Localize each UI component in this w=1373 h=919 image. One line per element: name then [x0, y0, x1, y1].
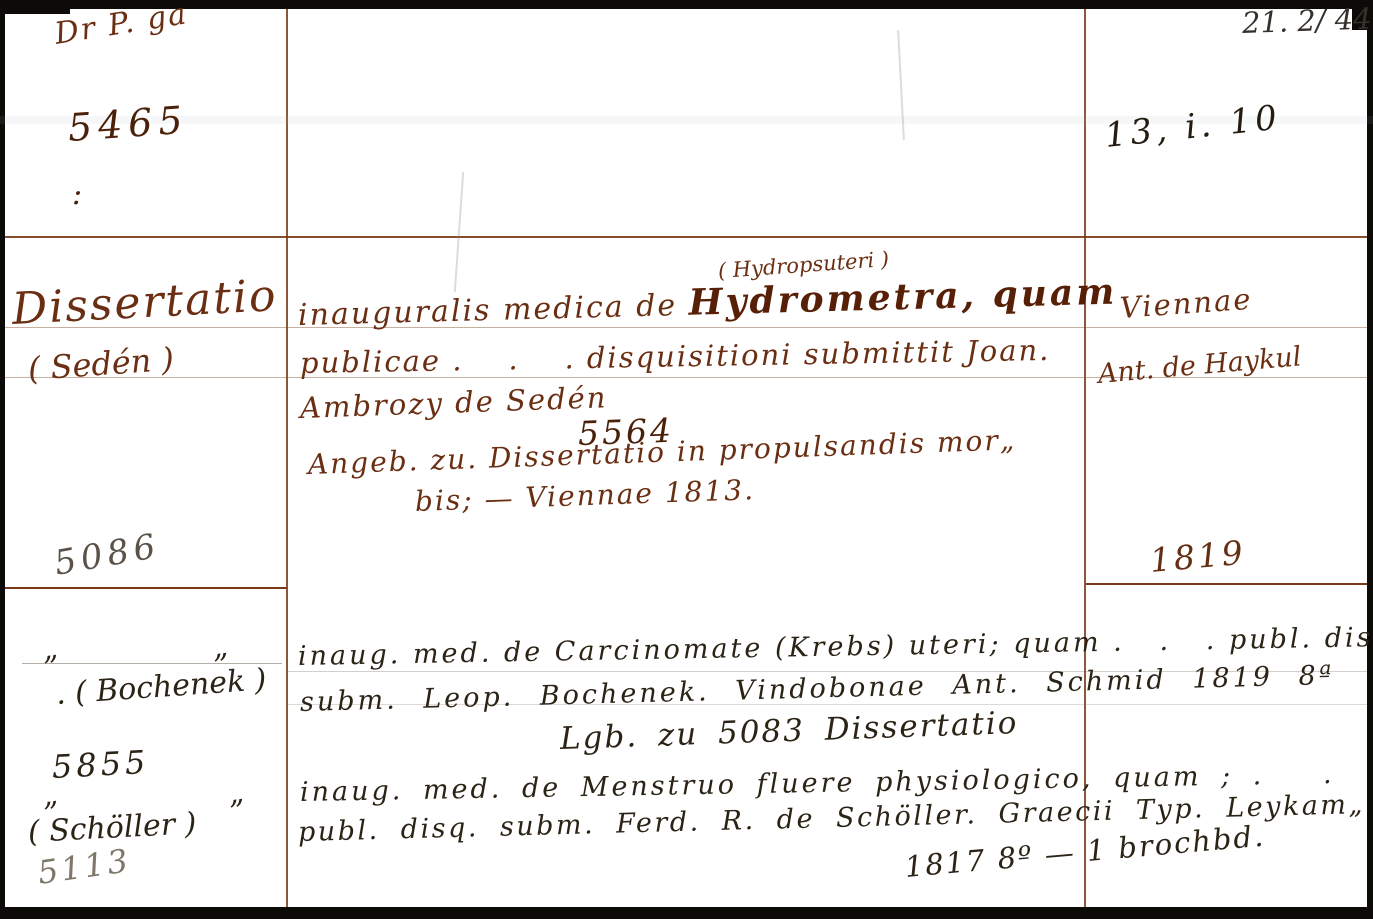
entry3-running-number: 5855 [51, 745, 150, 785]
column-rule-left [286, 9, 288, 907]
row-rule-header [5, 236, 1367, 238]
row-rule-mid-left [5, 587, 287, 589]
entry1-line3: Ambrozy de Sedén [299, 382, 608, 425]
entry2-ditto-right: „ [210, 630, 230, 665]
row-rule-mid-right [1086, 583, 1367, 585]
shelfmark: 13, i. 10 [1103, 100, 1283, 156]
entry1-line1: inauguralis medica de Hydrometra, quam [297, 273, 1117, 334]
entry2-line2: subm. Leop. Bochenek. Vindobonae Ant. Sc… [300, 661, 1335, 718]
entry1-running-number: 5465 [67, 100, 190, 150]
entry2-author-heading: . ( Bochenek ) [55, 663, 268, 711]
scan-border-left [0, 0, 5, 919]
entry1-imprint-place: Viennae [1119, 284, 1254, 325]
entry2-ditto-left: „ [40, 632, 60, 667]
entry2-running-number: 5086 [52, 528, 163, 583]
entry3-ditto-right: „ [226, 776, 246, 811]
entry1-author-heading: ( Sedén ) [27, 342, 175, 387]
entry1-line5: bis; — Viennae 1813. [414, 475, 755, 518]
entry1-line2: publicae . . . disquisitioni submittit J… [300, 335, 1051, 380]
entry1-number-dots: : [72, 178, 82, 211]
entry1-title-word: Dissertatio [11, 272, 279, 334]
paper-crease-1 [454, 172, 464, 292]
row-rule-faint-1 [5, 327, 1367, 328]
entry1-imprint-printer: Ant. de Haykul [1097, 342, 1303, 389]
scan-border-top-left-wedge [0, 0, 70, 14]
scan-border-bottom [0, 907, 1373, 919]
scan-border-top [0, 0, 1373, 9]
entry2-line3: Lgb. zu 5083 Dissertatio [559, 706, 1019, 756]
entry-year: 1819 [1148, 535, 1247, 580]
pencil-reference-number: 21. 2/ 44 [1241, 3, 1372, 39]
stamp-number: 5113 [36, 843, 133, 891]
catalog-card-scan: Dr P. ga 21. 2/ 44 13, i. 10 5465 : Diss… [0, 0, 1373, 919]
